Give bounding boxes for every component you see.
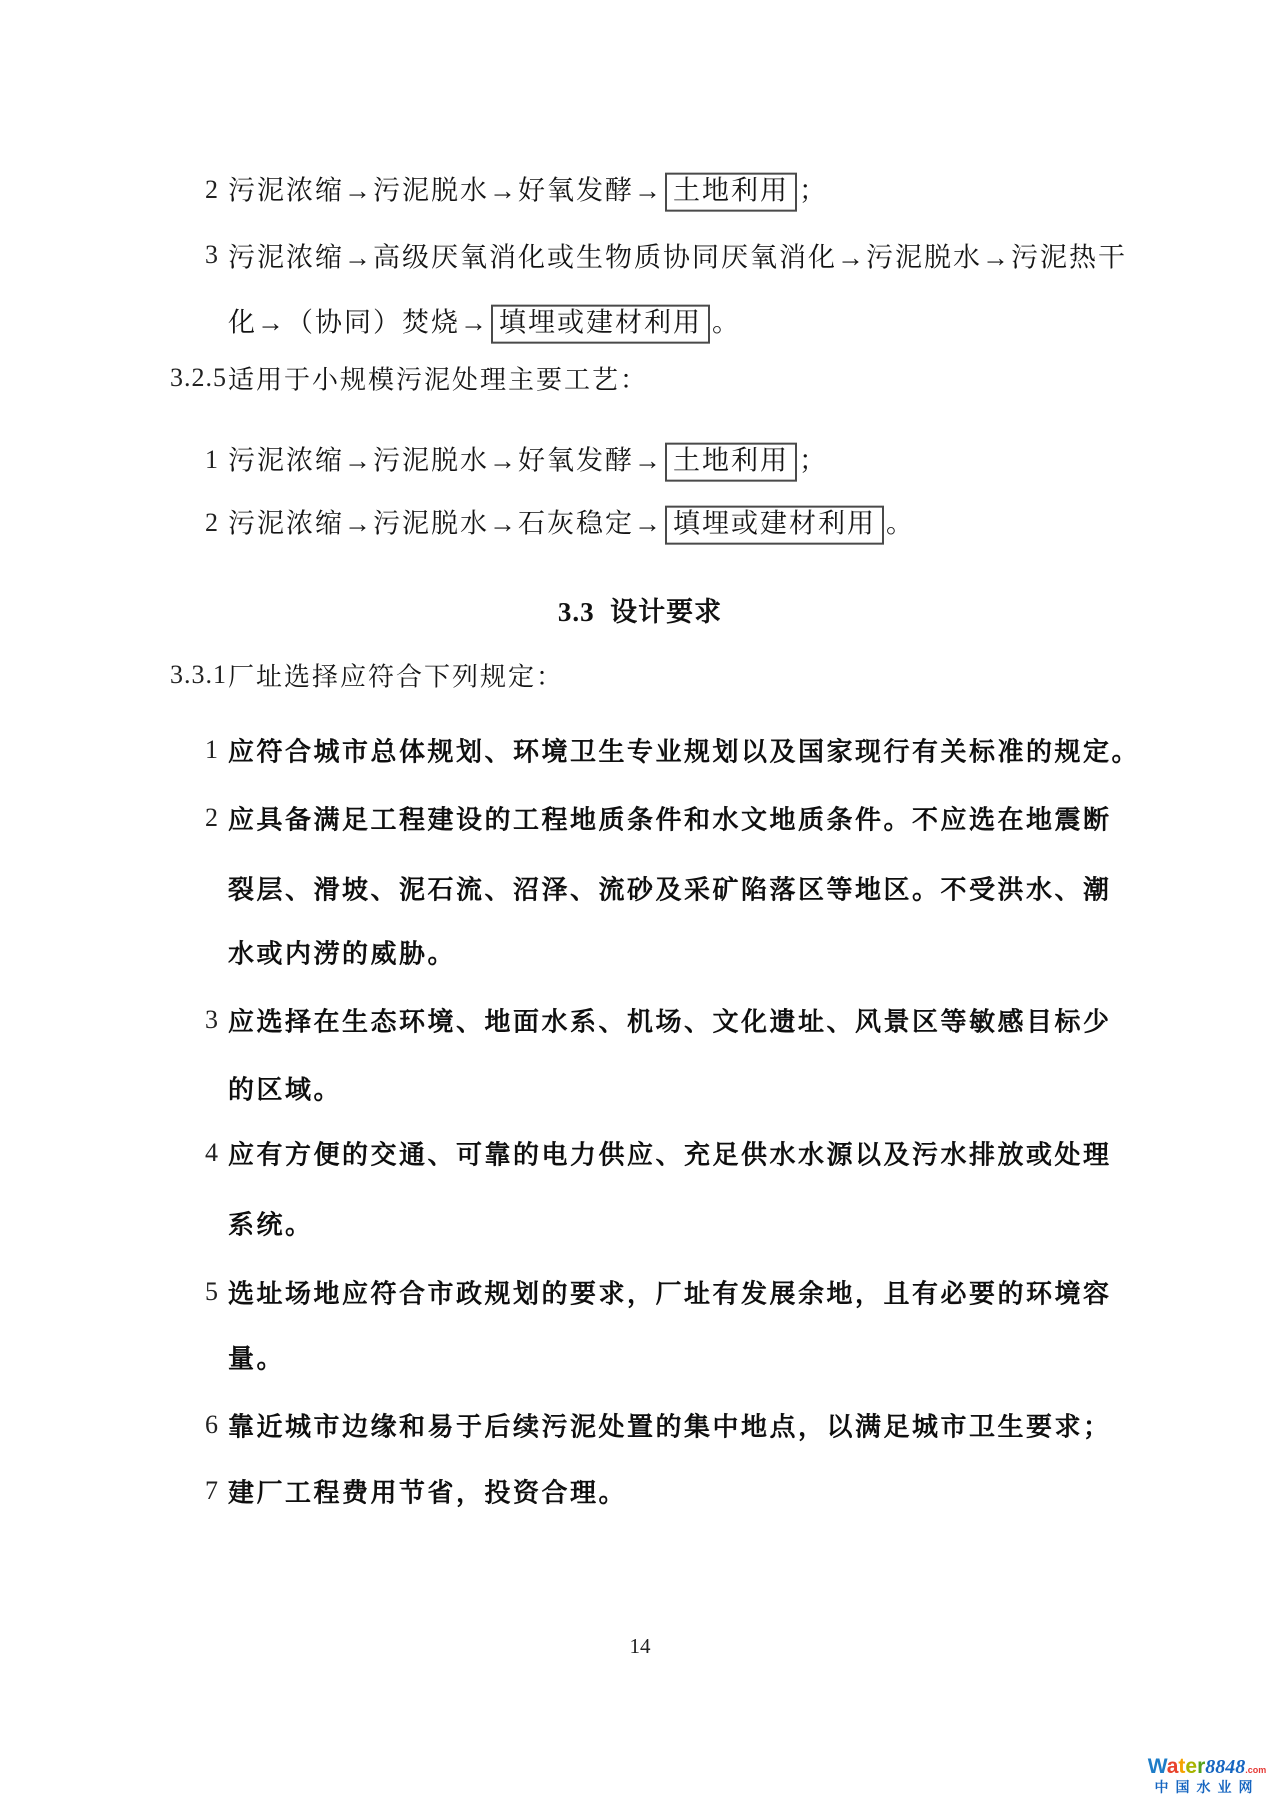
document-page: 2 污泥浓缩→污泥脱水→好氧发酵→土地利用； 3 污泥浓缩→高级厌氧消化或生物质…	[0, 0, 1280, 1810]
flow-post: ；	[799, 176, 828, 206]
page-number: 14	[0, 1634, 1280, 1659]
logo-letter: a	[1167, 1755, 1179, 1778]
requirement-4-line1: 4 应有方便的交通、可靠的电力供应、充足供水水源以及污水排放或处理	[0, 1133, 1280, 1173]
section-heading-3-3: 3.3 设计要求	[0, 590, 1280, 629]
section-3-2-5: 3.2.5 适用于小规模污泥处理主要工艺：	[0, 358, 1280, 398]
logo-letter: W	[1148, 1755, 1167, 1778]
logo-tld: .com	[1245, 1765, 1266, 1775]
requirement-3-line1: 3 应选择在生态环境、地面水系、机场、文化遗址、风景区等敏感目标少	[0, 1000, 1280, 1040]
flow-text: 污泥浓缩→污泥脱水→石灰稳定→填埋或建材利用。	[228, 502, 915, 545]
requirement-2-line3: 水或内涝的威胁。	[0, 932, 1280, 972]
item-number: 1	[205, 735, 218, 765]
requirement-text: 系统。	[228, 1205, 314, 1242]
section-title: 适用于小规模污泥处理主要工艺：	[228, 360, 648, 397]
item-number: 5	[205, 1277, 218, 1307]
item-number: 7	[205, 1476, 218, 1506]
logo-letter: e	[1185, 1755, 1197, 1778]
flow-post: ；	[799, 446, 828, 476]
item-number: 3	[205, 1005, 218, 1035]
requirement-2-line1: 2 应具备满足工程建设的工程地质条件和水文地质条件。不应选在地震断	[0, 798, 1280, 838]
requirement-text: 水或内涝的威胁。	[228, 934, 456, 971]
requirement-4-line2: 系统。	[0, 1203, 1280, 1243]
boxed-term: 土地利用	[665, 173, 797, 212]
requirement-1: 1 应符合城市总体规划、环境卫生专业规划以及国家现行有关标准的规定。	[0, 730, 1280, 770]
flow-post: 。	[712, 308, 741, 338]
flow-pre: 污泥浓缩→污泥脱水→石灰稳定→	[228, 509, 663, 539]
item-number: 6	[205, 1410, 218, 1440]
requirement-text: 应选择在生态环境、地面水系、机场、文化遗址、风景区等敏感目标少	[228, 1002, 1112, 1039]
requirement-text: 应具备满足工程建设的工程地质条件和水文地质条件。不应选在地震断	[228, 800, 1112, 837]
flow-item-top-3-line2: 化→（协同）焚烧→填埋或建材利用。	[0, 302, 1280, 342]
flow-text: 化→（协同）焚烧→填埋或建材利用。	[228, 301, 741, 344]
logo-wordmark: Water8848.com	[1142, 1756, 1272, 1778]
requirement-text: 量。	[228, 1339, 285, 1376]
flow-item-top-3-line1: 3 污泥浓缩→高级厌氧消化或生物质协同厌氧消化→污泥脱水→污泥热干	[0, 235, 1280, 275]
requirement-text: 选址场地应符合市政规划的要求，厂址有发展余地，且有必要的环境容	[228, 1274, 1112, 1311]
section-number: 3.3.1	[170, 660, 227, 690]
requirement-text: 应有方便的交通、可靠的电力供应、充足供水水源以及污水排放或处理	[228, 1135, 1112, 1172]
logo-subtitle: 中国水业网	[1142, 1780, 1272, 1795]
flow-text: 污泥浓缩→污泥脱水→好氧发酵→土地利用；	[228, 169, 828, 212]
flow-post: 。	[886, 509, 915, 539]
section-3-3-1: 3.3.1 厂址选择应符合下列规定：	[0, 655, 1280, 695]
requirement-text: 靠近城市边缘和易于后续污泥处置的集中地点，以满足城市卫生要求；	[228, 1407, 1112, 1444]
requirement-5-line2: 量。	[0, 1337, 1280, 1377]
item-number: 2	[205, 803, 218, 833]
logo-number: 8848	[1205, 1756, 1245, 1778]
flow-text: 污泥浓缩→高级厌氧消化或生物质协同厌氧消化→污泥脱水→污泥热干	[228, 236, 1127, 275]
item-number: 3	[205, 240, 218, 270]
flow-pre: 化→（协同）焚烧→	[228, 308, 489, 338]
item-number: 1	[205, 445, 218, 475]
requirement-2-line2: 裂层、滑坡、泥石流、沼泽、流砂及采矿陷落区等地区。不受洪水、潮	[0, 868, 1280, 908]
boxed-term: 填埋或建材利用	[665, 506, 884, 545]
item-number: 4	[205, 1138, 218, 1168]
requirement-text: 裂层、滑坡、泥石流、沼泽、流砂及采矿陷落区等地区。不受洪水、潮	[228, 870, 1112, 907]
requirement-text: 的区域。	[228, 1070, 342, 1107]
flow-item-top-2: 2 污泥浓缩→污泥脱水→好氧发酵→土地利用；	[0, 170, 1280, 210]
section-number: 3.2.5	[170, 363, 227, 393]
requirement-7: 7 建厂工程费用节省，投资合理。	[0, 1471, 1280, 1511]
flow-item-325-1: 1 污泥浓缩→污泥脱水→好氧发酵→土地利用；	[0, 440, 1280, 480]
water8848-logo: Water8848.com 中国水业网	[1142, 1756, 1272, 1795]
boxed-term: 填埋或建材利用	[491, 305, 710, 344]
section-title: 厂址选择应符合下列规定：	[228, 657, 564, 694]
boxed-term: 土地利用	[665, 443, 797, 482]
requirement-text: 建厂工程费用节省，投资合理。	[228, 1473, 627, 1510]
flow-pre: 污泥浓缩→污泥脱水→好氧发酵→	[228, 446, 663, 476]
flow-pre: 污泥浓缩→污泥脱水→好氧发酵→	[228, 176, 663, 206]
requirement-5-line1: 5 选址场地应符合市政规划的要求，厂址有发展余地，且有必要的环境容	[0, 1272, 1280, 1312]
flow-item-325-2: 2 污泥浓缩→污泥脱水→石灰稳定→填埋或建材利用。	[0, 503, 1280, 543]
requirement-6: 6 靠近城市边缘和易于后续污泥处置的集中地点，以满足城市卫生要求；	[0, 1405, 1280, 1445]
requirement-text: 应符合城市总体规划、环境卫生专业规划以及国家现行有关标准的规定。	[228, 732, 1140, 769]
requirement-3-line2: 的区域。	[0, 1068, 1280, 1108]
item-number: 2	[205, 175, 218, 205]
item-number: 2	[205, 508, 218, 538]
flow-text: 污泥浓缩→污泥脱水→好氧发酵→土地利用；	[228, 439, 828, 482]
